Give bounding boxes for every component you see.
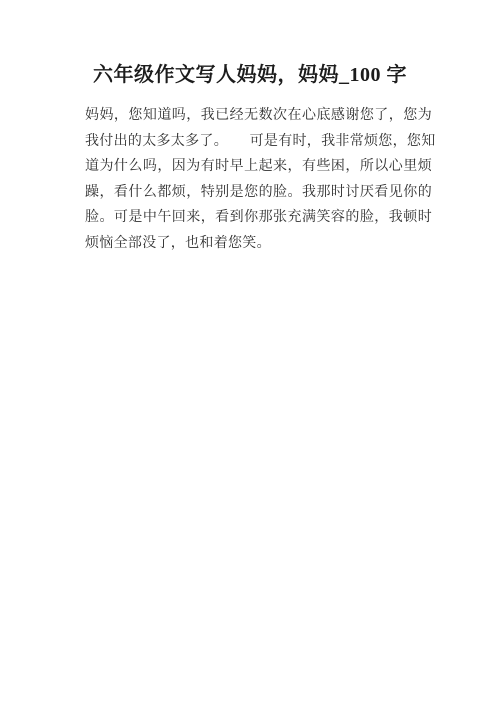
paragraph-line: 烦恼全部没了，也和着您笑。 <box>85 231 432 257</box>
paragraph-line: 脸。可是中午回来，看到你那张充满笑容的脸，我顿时 <box>85 205 432 231</box>
document-page: 六年级作文写人妈妈，妈妈_100 字 妈妈，您知道吗，我已经无数次在心底感谢您了… <box>0 0 500 708</box>
paragraph-line: 我付出的太多太多了。 可是有时，我非常烦您，您知 <box>85 129 432 155</box>
paragraph-line: 妈妈，您知道吗，我已经无数次在心底感谢您了，您为 <box>85 103 432 129</box>
document-body: 妈妈，您知道吗，我已经无数次在心底感谢您了，您为 我付出的太多太多了。 可是有时… <box>85 103 432 256</box>
document-title: 六年级作文写人妈妈，妈妈_100 字 <box>0 58 500 87</box>
paragraph-line: 道为什么吗，因为有时早上起来，有些困，所以心里烦 <box>85 154 432 180</box>
paragraph-line: 躁，看什么都烦，特别是您的脸。我那时讨厌看见你的 <box>85 180 432 206</box>
